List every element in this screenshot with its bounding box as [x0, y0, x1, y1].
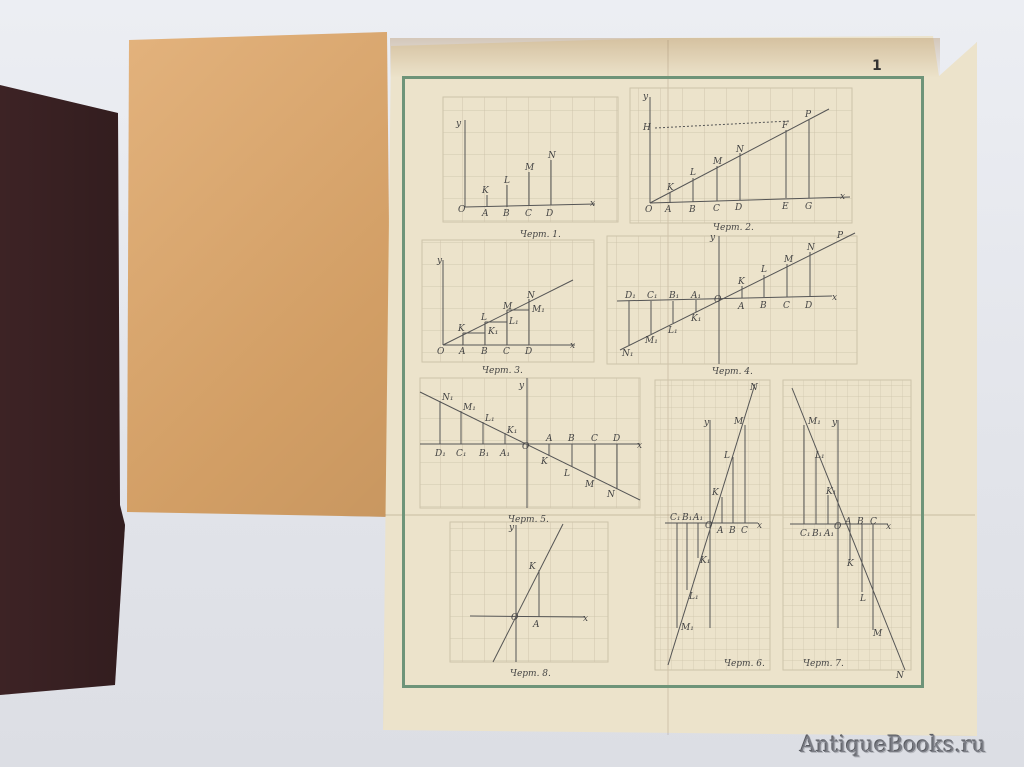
point-label: K₁: [487, 327, 498, 337]
axis-label-x: x: [637, 441, 642, 451]
point-label: C: [741, 526, 748, 536]
axis-label-y: y: [709, 233, 716, 243]
point-label: M: [872, 629, 883, 639]
diagram-layer: y x O A B C D K L M N Черт. 1. y x H O A…: [0, 0, 1024, 767]
axis-label-x: x: [590, 199, 595, 209]
point-label: M₁: [531, 305, 545, 315]
point-label: B₁: [681, 513, 692, 523]
caption-fig-6: Черт. 6.: [724, 659, 765, 669]
point-label: K: [540, 457, 549, 467]
point-label: N: [606, 490, 616, 500]
figure-3: [422, 240, 594, 362]
point-label: D: [612, 434, 620, 444]
point-label: A: [545, 434, 553, 444]
axis-label-x: x: [832, 293, 837, 303]
origin-label: O: [645, 205, 653, 215]
point-label: E: [781, 202, 789, 212]
point-label: B: [728, 526, 736, 536]
point-label: L: [859, 594, 866, 604]
point-label: M: [783, 255, 794, 265]
point-label: C: [870, 517, 877, 527]
origin-label: O: [437, 347, 445, 357]
point-label: A₁: [499, 449, 510, 459]
point-label: M: [712, 157, 723, 167]
axis-label-y: y: [508, 523, 515, 533]
point-label: L: [760, 265, 767, 275]
point-label: A: [532, 620, 540, 630]
point-label: D: [734, 203, 742, 213]
axis-label-x: x: [886, 522, 891, 532]
point-label: C: [503, 347, 510, 357]
point-label: L: [563, 469, 570, 479]
origin-label: O: [705, 521, 713, 531]
point-label: K: [737, 277, 746, 287]
axis-label-x: x: [570, 341, 575, 351]
point-label: C: [713, 204, 720, 214]
point-label: A: [716, 526, 724, 536]
point-label: B: [856, 517, 864, 527]
point-label: A₁: [823, 529, 834, 539]
point-label: D: [545, 209, 553, 219]
point-label: M: [733, 417, 744, 427]
point-label: B₁: [668, 291, 679, 301]
caption-fig-7: Черт. 7.: [803, 659, 844, 669]
point-label: B: [759, 301, 767, 311]
point-label: H: [642, 123, 651, 133]
point-label: M: [524, 163, 535, 173]
origin-label: O: [522, 442, 530, 452]
point-label: C: [591, 434, 598, 444]
caption-fig-8: Черт. 8.: [510, 669, 551, 679]
caption-fig-2: Черт. 2.: [713, 223, 754, 233]
point-label: M₁: [807, 417, 821, 427]
point-label: K: [711, 488, 720, 498]
origin-label: O: [714, 295, 722, 305]
point-label: L₁: [667, 326, 678, 336]
point-label: B: [688, 205, 696, 215]
caption-fig-5: Черт. 5.: [508, 515, 549, 525]
point-label: N: [895, 671, 905, 681]
point-label: N: [735, 145, 745, 155]
axis-label-y: y: [518, 381, 525, 391]
point-label: B: [567, 434, 575, 444]
point-label: K₁: [506, 426, 517, 436]
figure-6: [655, 380, 770, 670]
point-label: A: [844, 517, 852, 527]
point-label: C: [783, 301, 790, 311]
caption-fig-4: Черт. 4.: [712, 367, 753, 377]
origin-label: O: [834, 522, 842, 532]
axis-label-y: y: [455, 119, 462, 129]
point-label: C₁: [800, 529, 811, 539]
point-label: K: [666, 183, 675, 193]
point-label: A₁: [690, 291, 701, 301]
point-label: K₁: [690, 314, 701, 324]
point-label: F: [781, 121, 789, 131]
point-label: A: [664, 205, 672, 215]
point-label: M: [584, 480, 595, 490]
point-label: M₁: [644, 336, 658, 346]
point-label: K: [528, 562, 537, 572]
axis-label-x: x: [583, 614, 588, 624]
point-label: A: [737, 302, 745, 312]
axis-label-x: x: [757, 521, 762, 531]
point-label: D₁: [434, 449, 446, 459]
point-label: C: [525, 209, 532, 219]
point-label: K₁: [825, 487, 836, 497]
figure-8: [450, 522, 608, 662]
point-label: N: [806, 243, 816, 253]
point-label: C₁: [456, 449, 467, 459]
point-label: B₁: [811, 529, 822, 539]
caption-fig-3: Черт. 3.: [482, 366, 523, 376]
point-label: N₁: [621, 349, 633, 359]
point-label: G: [805, 202, 812, 212]
point-label: P: [804, 110, 812, 120]
origin-label: O: [511, 613, 519, 623]
point-label: A₁: [692, 513, 703, 523]
point-label: A: [458, 347, 466, 357]
point-label: L: [723, 451, 730, 461]
point-label: A: [481, 209, 489, 219]
point-label: N₁: [441, 393, 453, 403]
point-label: K₁: [699, 556, 710, 566]
point-label: M: [502, 302, 513, 312]
point-label: K: [481, 186, 490, 196]
point-label: M₁: [680, 623, 694, 633]
point-label: L₁: [814, 451, 825, 461]
point-label: C₁: [670, 513, 681, 523]
point-label: N: [526, 291, 536, 301]
point-label: B: [502, 209, 510, 219]
caption-fig-1: Черт. 1.: [520, 230, 561, 240]
point-label: K: [846, 559, 855, 569]
axis-label-y: y: [831, 418, 838, 428]
point-label: B: [480, 347, 488, 357]
point-label: L: [503, 176, 510, 186]
origin-label: O: [458, 205, 466, 215]
point-label: L: [480, 313, 487, 323]
point-label: M₁: [462, 403, 476, 413]
point-label: L₁: [484, 414, 495, 424]
point-label: N: [547, 151, 557, 161]
axis-label-y: y: [703, 418, 710, 428]
watermark: AntiqueBooks.ru: [800, 733, 986, 758]
axis-label-y: y: [642, 92, 649, 102]
point-label: D₁: [624, 291, 636, 301]
point-label: C₁: [647, 291, 658, 301]
point-label: N: [749, 383, 759, 393]
point-label: L₁: [688, 592, 699, 602]
axis-label-y: y: [436, 256, 443, 266]
point-label: P: [836, 231, 844, 241]
point-label: L₁: [508, 317, 519, 327]
point-label: K: [457, 324, 466, 334]
axis-label-x: x: [840, 192, 845, 202]
point-label: D: [804, 301, 812, 311]
point-label: D: [524, 347, 532, 357]
point-label: L: [689, 168, 696, 178]
point-label: B₁: [478, 449, 489, 459]
